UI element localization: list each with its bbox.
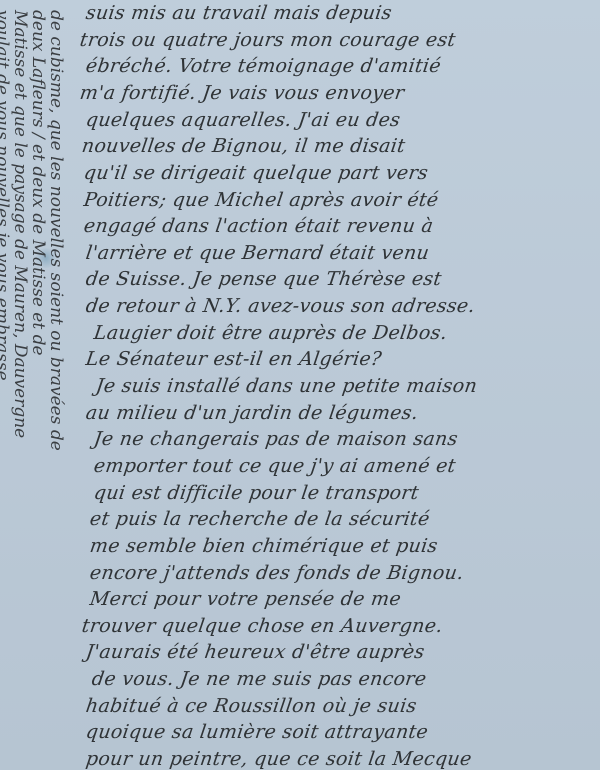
letter-line: emporter tout ce que j'y ai amené et: [92, 455, 457, 477]
letter-line: et puis la recherche de la sécurité: [88, 508, 431, 530]
letter-line: de vous. Je ne me suis pas encore: [90, 668, 427, 690]
letter-line: quelques aquarelles. J'ai eu des: [84, 109, 401, 131]
letter-line: Je ne changerais pas de maison sans: [92, 428, 459, 450]
letter-line: de Suisse. Je pense que Thérèse est: [84, 268, 443, 290]
margin-line: voulait de vous nouvelles je vous embras…: [0, 10, 12, 386]
letter-line: engagé dans l'action était revenu à: [82, 215, 434, 237]
letter-line: trouver quelque chose en Auvergne.: [80, 615, 444, 637]
letter-line: encore j'attends des fonds de Bignou.: [88, 562, 465, 584]
letter-line: l'arrière et que Bernard était venu: [84, 242, 430, 264]
margin-line: Matisse et que le paysage de Mauren, Dau…: [10, 10, 30, 438]
letter-line: de retour à N.Y. avez-vous son adresse.: [84, 295, 476, 317]
letter-line: me semble bien chimérique et puis: [88, 535, 439, 557]
letter-line: habitué à ce Roussillon où je suis: [84, 695, 418, 717]
letter-line: nouvelles de Bignou, il me disait: [80, 135, 406, 157]
letter-line: qu'il se dirigeait quelque part vers: [82, 162, 429, 184]
letter-line: au milieu d'un jardin de légumes.: [84, 402, 419, 424]
letter-line: Laugier doit être auprès de Delbos.: [92, 322, 448, 344]
letter-line: quoique sa lumière soit attrayante: [84, 721, 429, 743]
margin-vertical-text: de cubisme, que les nouvelles soient ou …: [0, 0, 72, 770]
letter-line: m'a fortifié. Je vais vous envoyer: [78, 82, 405, 104]
margin-line: deux Lafleurs / et deux de Matisse et de: [28, 10, 48, 356]
letter-line: Je suis installé dans une petite maison: [94, 375, 478, 397]
letter-line: ébréché. Votre témoignage d'amitié: [84, 55, 442, 77]
letter-line: suis mis au travail mais depuis: [84, 2, 393, 24]
letter-line: trois ou quatre jours mon courage est: [78, 29, 457, 51]
letter-line: Le Sénateur est-il en Algérie?: [84, 348, 383, 370]
letter-line: Merci pour votre pensée de me: [88, 588, 402, 610]
letter-line: J'aurais été heureux d'être auprès: [84, 641, 426, 663]
letter-line: qui est difficile pour le transport: [92, 482, 420, 504]
letter-line: pour un peintre, que ce soit la Mecque: [84, 748, 473, 770]
margin-line: de cubisme, que les nouvelles soient ou …: [46, 10, 66, 451]
letter-line: Poitiers; que Michel après avoir été: [82, 189, 440, 211]
